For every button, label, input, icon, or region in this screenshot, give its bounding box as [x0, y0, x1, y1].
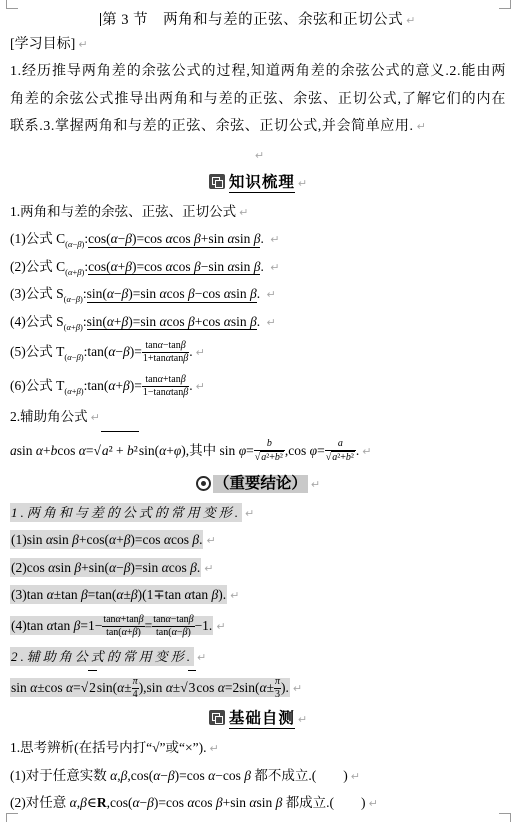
paragraph-mark-icon: ↵: [417, 120, 427, 133]
section-conclusions: （重要结论）↵ 1.两角和与差的公式的常用变形.↵(1)sin αsin β+c…: [10, 469, 506, 705]
learning-goals-text: 1.经历推导两角差的余弦公式的过程,知道两角差的余弦公式的意义.2.能由两角差的…: [10, 64, 506, 134]
paragraph-mark-icon: ↵: [351, 770, 360, 783]
content-line: 1.思考辨析(在括号内打“√”或“×”).↵: [10, 734, 506, 762]
content-line: 2.辅助角公式↵: [10, 403, 506, 431]
learning-goals-label: [学习目标]↵: [10, 32, 506, 58]
section-header-label: 知识梳理: [229, 174, 295, 193]
content-line: (4)tan αtan β=1−tanα+tanβtan(α+β)=tanα−t…: [10, 609, 506, 643]
paragraph-mark-icon: ↵: [196, 380, 205, 393]
overlapping-squares-icon: [209, 710, 225, 725]
section-header-knowledge: 知识梳理↵: [10, 168, 506, 198]
paragraph-mark-icon: ↵: [311, 478, 320, 491]
content-line: (6)公式 T(α+β):tan(α+β)=tanα+tanβ1−tanαtan…: [10, 369, 506, 403]
page-title-text: 第 3 节 两角和与差的正弦、余弦和正切公式: [102, 12, 403, 28]
paragraph-mark-icon: ↵: [209, 742, 218, 755]
paragraph-mark-icon: ↵: [239, 206, 248, 219]
content-line: (2)cos αsin β+sin(α−β)=sin αcos β.↵: [10, 554, 506, 582]
paragraph-mark-icon: ↵: [216, 620, 225, 633]
content-line: (3)tan α±tan β=tan(α±β)(1∓tan αtan β).↵: [10, 581, 506, 609]
paragraph-mark-icon: ↵: [266, 288, 275, 301]
content-line: (5)公式 T(α−β):tan(α−β)=tanα−tanβ1+tanαtan…: [10, 335, 506, 369]
paragraph-mark-icon: ↵: [206, 534, 215, 547]
content-line: (2)公式 C(α+β):cos(α+β)=cos αcos β−sin αsi…: [10, 253, 506, 281]
margin-mark-bottom-right: [499, 813, 511, 822]
page-title: 第 3 节 两角和与差的正弦、余弦和正切公式↵: [10, 8, 506, 32]
document-page: 第 3 节 两角和与差的正弦、余弦和正切公式↵ [学习目标]↵ 1.经历推导两角…: [0, 0, 516, 827]
paragraph-mark-icon: ↵: [91, 411, 100, 424]
content-line: 1.两角和与差的公式的常用变形.↵: [10, 499, 506, 527]
empty-paragraph: ↵: [10, 141, 506, 168]
paragraph-mark-icon: ↵: [230, 589, 239, 602]
paragraph-mark-icon: ↵: [204, 562, 213, 575]
content-line: (1)sin αsin β+cos(α+β)=cos αcos β.↵: [10, 526, 506, 554]
section-knowledge: 知识梳理↵ 1.两角和与差的余弦、正弦、正切公式↵(1)公式 C(α−β):co…: [10, 168, 506, 469]
content-line: sin α±cos α=√2sin(α±π4),sin α±√3cos α=2s…: [10, 670, 506, 704]
paragraph-mark-icon: ↵: [298, 177, 307, 190]
paragraph-mark-icon: ↵: [369, 797, 378, 810]
section-lines-selftest: 1.思考辨析(在括号内打“√”或“×”).↵(1)对于任意实数 α,β,cos(…: [10, 734, 506, 817]
content-line: (2)对任意 α,β∈R,cos(α−β)=cos αcos β+sin αsi…: [10, 789, 506, 817]
paragraph-mark-icon: ↵: [196, 346, 205, 359]
paragraph-mark-icon: ↵: [197, 651, 209, 664]
paragraph-mark-icon: ↵: [245, 507, 257, 520]
section-header-label: （重要结论）: [213, 475, 308, 493]
margin-mark-top-right: [499, 0, 511, 9]
overlapping-squares-icon: [209, 174, 225, 189]
paragraph-mark-icon: ↵: [270, 233, 279, 246]
content-line: (1)对于任意实数 α,β,cos(α−β)=cos α−cos β 都不成立.…: [10, 762, 506, 790]
paragraph-mark-icon: ↵: [270, 261, 279, 274]
learning-goals-label-text: [学习目标]: [10, 37, 75, 52]
section-lines-knowledge: 1.两角和与差的余弦、正弦、正切公式↵(1)公式 C(α−β):cos(α−β)…: [10, 198, 506, 469]
paragraph-mark-icon: ↵: [78, 38, 87, 51]
content-line: 2.辅助角公式的常用变形.↵: [10, 643, 506, 671]
margin-mark-top-left: [6, 0, 18, 9]
learning-goals-paragraph: 1.经历推导两角差的余弦公式的过程,知道两角差的余弦公式的意义.2.能由两角差的…: [10, 58, 506, 141]
content-line: asin α+bcos α=√a² + b²sin(α+φ),其中 sin φ=…: [10, 431, 506, 469]
bullseye-icon: [196, 476, 211, 491]
paragraph-mark-icon: ↵: [266, 316, 275, 329]
content-line: (3)公式 S(α−β):sin(α−β)=sin αcos β−cos αsi…: [10, 280, 506, 308]
paragraph-mark-icon: ↵: [298, 713, 307, 726]
section-selftest: 基础自测↵ 1.思考辨析(在括号内打“√”或“×”).↵(1)对于任意实数 α,…: [10, 704, 506, 817]
content-line: 1.两角和与差的余弦、正弦、正切公式↵: [10, 198, 506, 226]
paragraph-mark-icon: ↵: [293, 682, 302, 695]
section-header-label: 基础自测: [229, 710, 295, 729]
content-line: (1)公式 C(α−β):cos(α−β)=cos αcos β+sin αsi…: [10, 225, 506, 253]
section-lines-conclusions: 1.两角和与差的公式的常用变形.↵(1)sin αsin β+cos(α+β)=…: [10, 499, 506, 705]
text-cursor: [100, 13, 101, 26]
paragraph-mark-icon: ↵: [406, 14, 416, 27]
margin-mark-bottom-left: [6, 813, 18, 822]
section-header-conclusions: （重要结论）↵: [10, 469, 506, 499]
section-header-selftest: 基础自测↵: [10, 704, 506, 734]
paragraph-mark-icon: ↵: [255, 149, 264, 162]
paragraph-mark-icon: ↵: [362, 445, 371, 458]
content-line: (4)公式 S(α+β):sin(α+β)=sin αcos β+cos αsi…: [10, 308, 506, 336]
